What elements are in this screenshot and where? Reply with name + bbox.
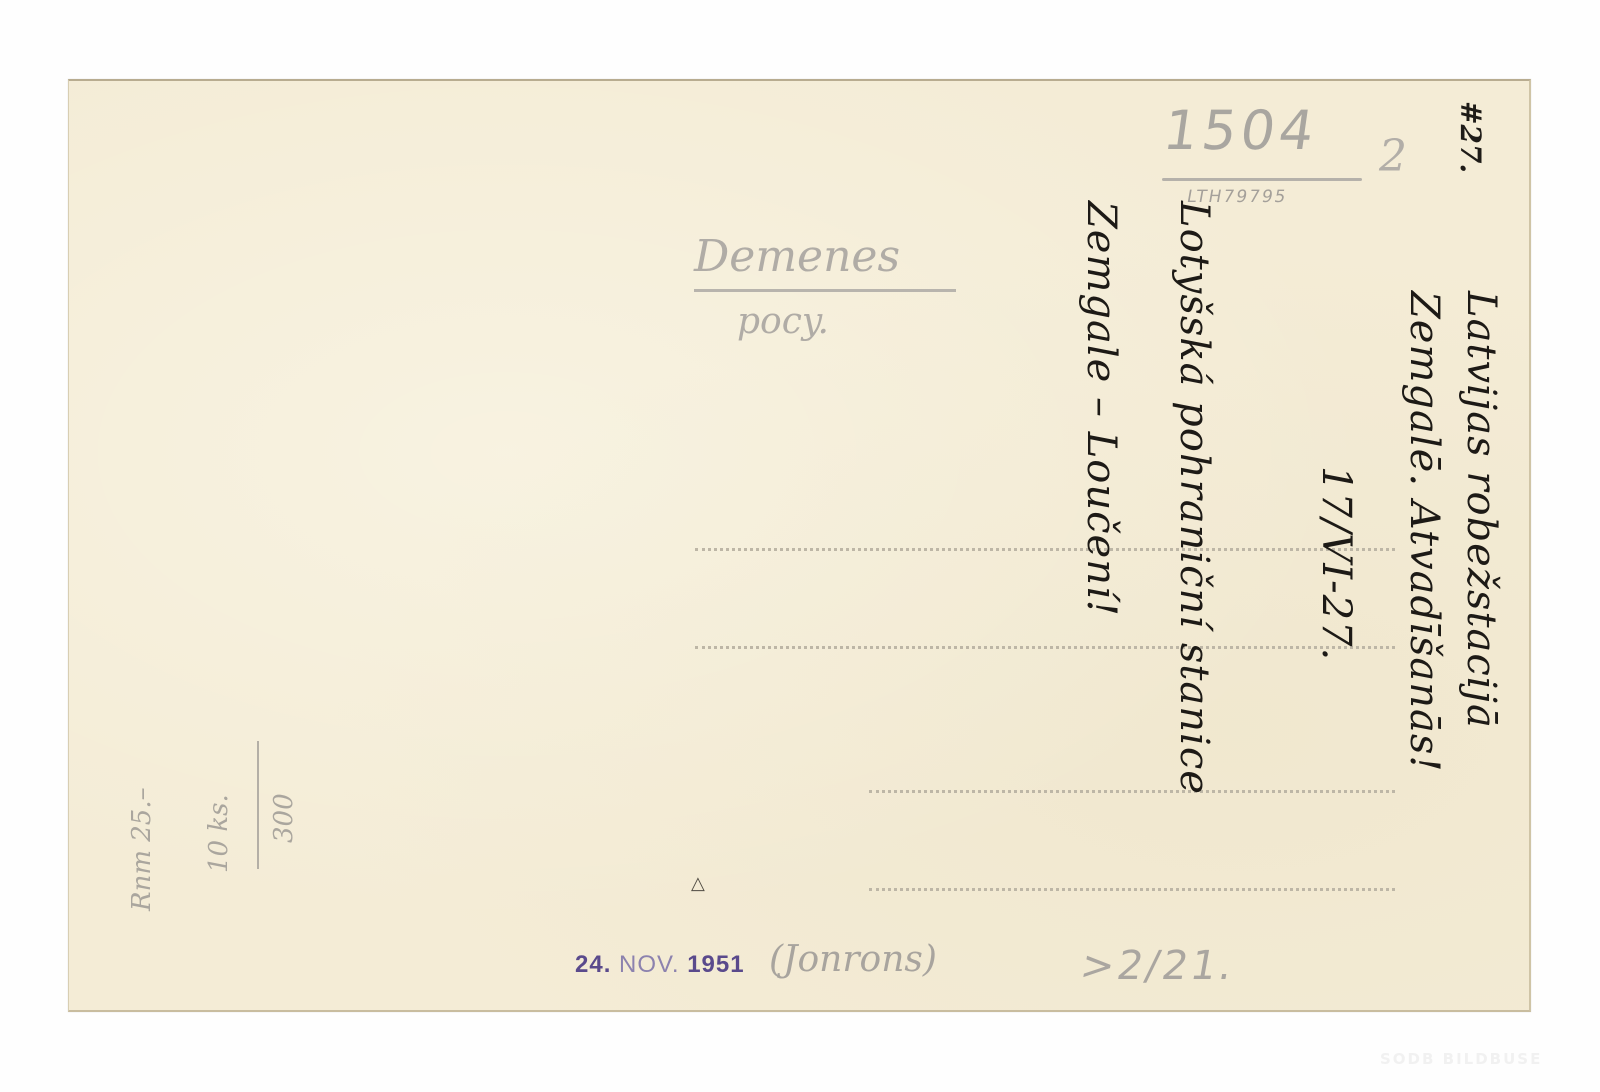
publisher-underline bbox=[694, 289, 956, 292]
pencil-note-2: 10 ks. bbox=[204, 794, 234, 873]
archive-number: 1504 bbox=[1160, 99, 1322, 162]
message-line-3-date: 17/VI-27. bbox=[1313, 466, 1359, 661]
reference-mark: #27. bbox=[1454, 101, 1487, 173]
stamp-year: 1951 bbox=[687, 951, 744, 978]
scan-background: 1504 LTH79795 2 #27. Demenes pocy. Latvi… bbox=[0, 0, 1600, 1092]
catalog-code: >2/21. bbox=[1077, 943, 1239, 989]
publisher-sub: pocy. bbox=[737, 301, 829, 342]
pencil-divider bbox=[257, 741, 259, 869]
stamp-day: 24. bbox=[575, 951, 611, 978]
message-line-2: Zemgalē. Atvadīšanās! bbox=[1401, 291, 1447, 772]
message-line-4: Lotyšská pohraniční stanice bbox=[1171, 201, 1217, 795]
pencil-note-1: Rnm 25.– bbox=[127, 787, 157, 911]
stamp-month: NOV. bbox=[619, 951, 679, 978]
pencil-note-3: 300 bbox=[269, 793, 299, 843]
triangle-mark: △ bbox=[691, 873, 705, 894]
archive-number-underline bbox=[1162, 178, 1362, 181]
message-line-1: Latvijas robežstacijā bbox=[1458, 291, 1504, 729]
address-line-1 bbox=[695, 548, 1395, 551]
address-line-4 bbox=[869, 888, 1395, 891]
address-line-2 bbox=[695, 646, 1395, 649]
address-line-3 bbox=[869, 790, 1395, 793]
publisher-name: Demenes bbox=[694, 231, 900, 282]
postcard-back: 1504 LTH79795 2 #27. Demenes pocy. Latvi… bbox=[68, 79, 1531, 1012]
copy-mark: 2 bbox=[1379, 131, 1407, 182]
message-line-5: Zemgale – Loučení! bbox=[1078, 201, 1124, 617]
stamp-signature: (Jonrons) bbox=[769, 939, 937, 980]
watermark: SODB BILDBUSE bbox=[1380, 1050, 1542, 1068]
date-stamp: 24. NOV. 1951 bbox=[575, 951, 745, 979]
